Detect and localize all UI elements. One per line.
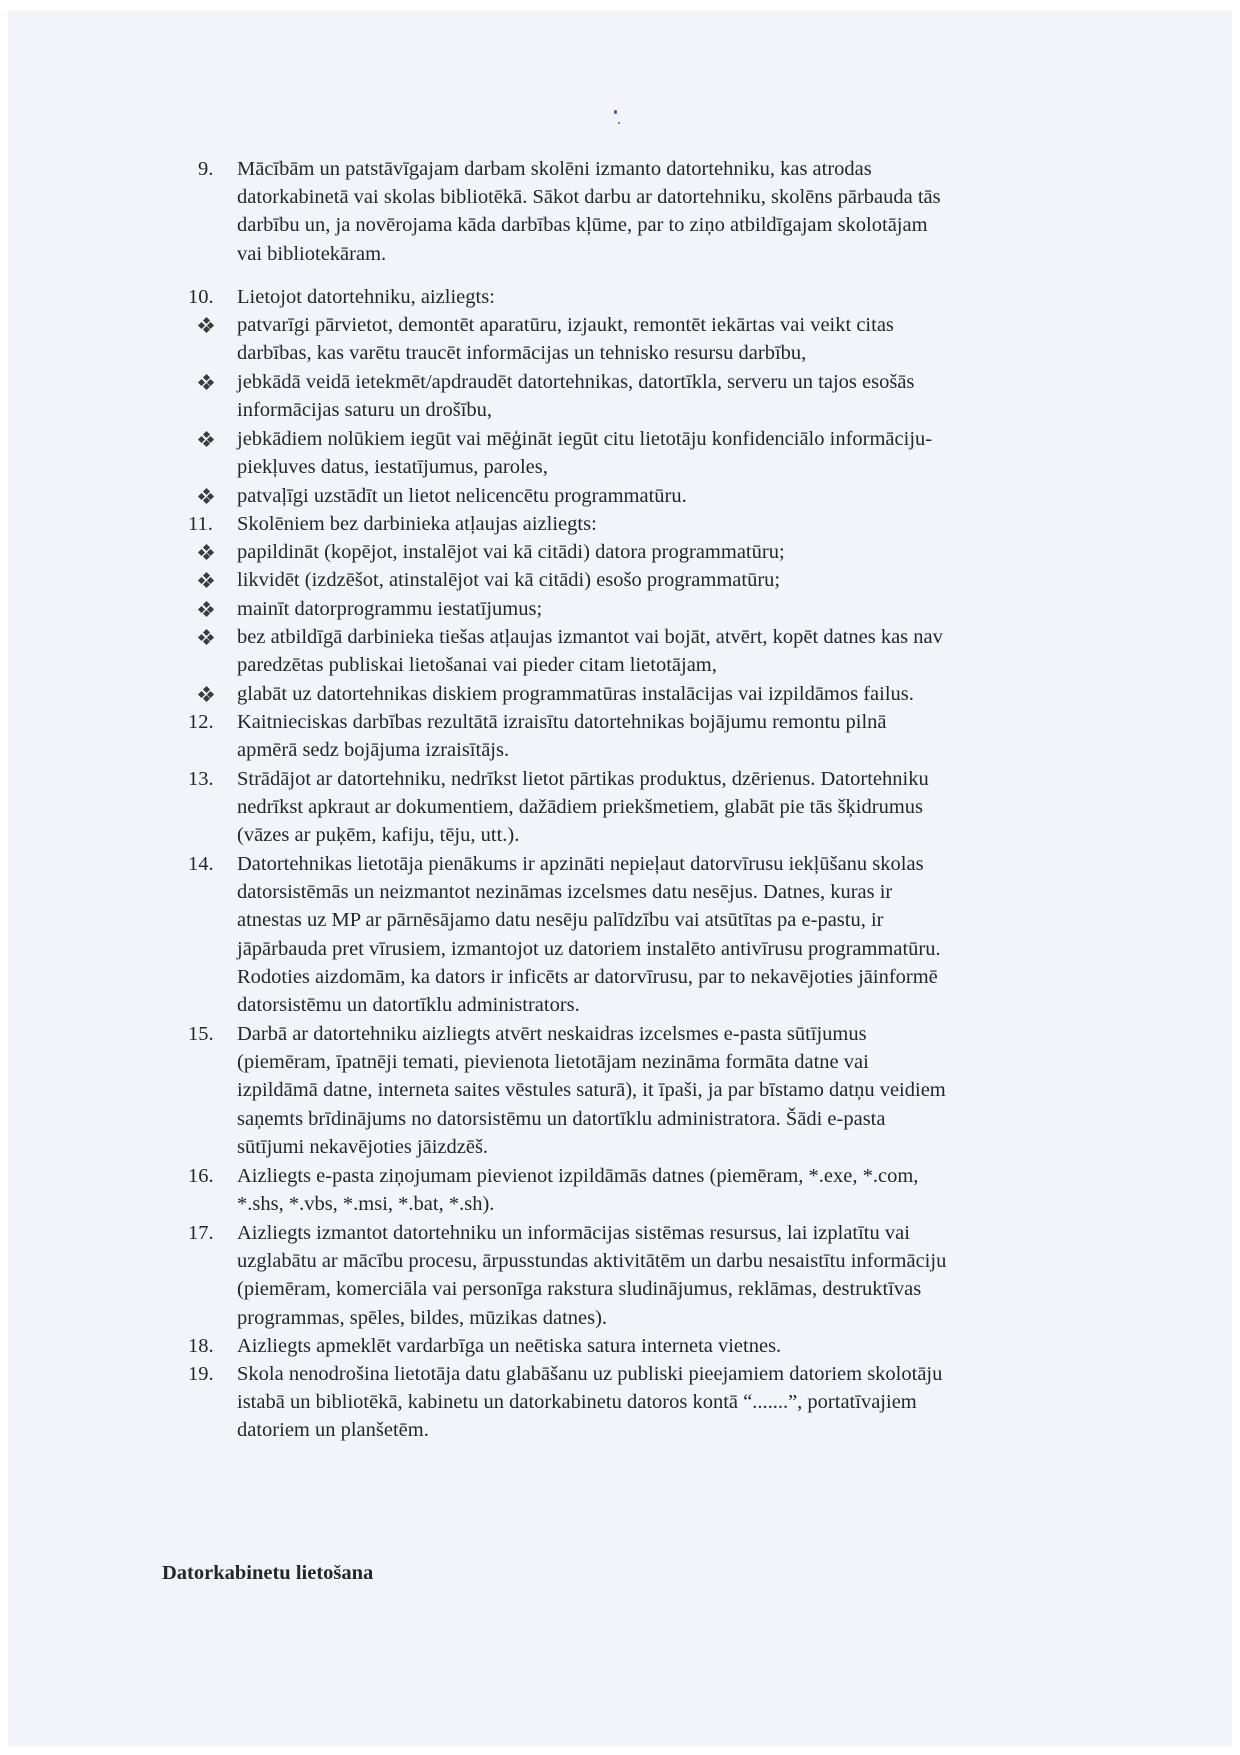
item-text-line: jāpārbauda pret vīrusiem, izmantojot uz …: [237, 935, 1097, 963]
item-text-line: programmas, spēles, bildes, mūzikas datn…: [237, 1304, 1097, 1332]
bullet-item: likvidēt (izdzēšot, atinstalējot vai kā …: [0, 566, 1097, 594]
diamond-bullet-icon: [199, 687, 213, 701]
item-text-line: *.shs, *.vbs, *.msi, *.bat, *.sh).: [237, 1190, 1097, 1218]
item-number: 9.: [198, 155, 213, 183]
item-text-line: Rodoties aizdomām, ka dators ir inficēts…: [237, 963, 1097, 991]
list-item-9: 9. Mācībām un patstāvīgajam darbam skolē…: [0, 155, 1097, 268]
diamond-bullet-icon: [199, 602, 213, 616]
scan-speck: [614, 110, 617, 114]
item-text-line: Mācībām un patstāvīgajam darbam skolēni …: [237, 155, 1097, 183]
item-text-line: Skolēniem bez darbinieka atļaujas aizlie…: [237, 510, 1097, 538]
item-text-line: apmērā sedz bojājuma izraisītājs.: [237, 736, 1097, 764]
item-text-line: (piemēram, komerciāla vai personīga raks…: [237, 1275, 1097, 1303]
item-text-line: sūtījumi nekavējoties jāizdzēš.: [237, 1133, 1097, 1161]
section-heading: Datorkabinetu lietošana: [162, 1562, 373, 1585]
list-item-12: 12. Kaitnieciskas darbības rezultātā izr…: [0, 708, 1097, 764]
item-text-line: Aizliegts e-pasta ziņojumam pievienot iz…: [237, 1162, 1097, 1190]
item-text-line: Lietojot datortehniku, aizliegts:: [237, 283, 1097, 311]
bullet-item: jebkādā veidā ietekmēt/apdraudēt datorte…: [0, 368, 1097, 424]
diamond-bullet-icon: [199, 573, 213, 587]
bullet-text-line: patvaļīgi uzstādīt un lietot nelicencētu…: [237, 482, 1097, 510]
bullet-text-line: patvarīgi pārvietot, demontēt aparatūru,…: [237, 311, 1097, 339]
item-text-line: nedrīkst apkraut ar dokumentiem, dažādie…: [237, 793, 1097, 821]
bullet-text-line: piekļuves datus, iestatījumus, paroles,: [237, 453, 1097, 481]
item-text-line: istabā un bibliotēkā, kabinetu un datork…: [237, 1388, 1097, 1416]
list-item-11: 11. Skolēniem bez darbinieka atļaujas ai…: [0, 510, 1097, 538]
item-number: 13.: [188, 765, 214, 793]
bullet-item: patvarīgi pārvietot, demontēt aparatūru,…: [0, 311, 1097, 367]
list-item-16: 16. Aizliegts e-pasta ziņojumam pievieno…: [0, 1162, 1097, 1218]
item-number: 10.: [188, 283, 214, 311]
bullet-text-line: glabāt uz datortehnikas diskiem programm…: [237, 680, 1097, 708]
scan-speck: [618, 122, 620, 124]
item-text-line: datorsistēmu un datortīklu administrator…: [237, 991, 1097, 1019]
item-text-line: Strādājot ar datortehniku, nedrīkst liet…: [237, 765, 1097, 793]
item-text-line: uzglabātu ar mācību procesu, ārpusstunda…: [237, 1247, 1097, 1275]
item-number: 16.: [188, 1162, 214, 1190]
bullet-item: patvaļīgi uzstādīt un lietot nelicencētu…: [0, 482, 1097, 510]
bullet-text-line: darbības, kas varētu traucēt informācija…: [237, 339, 1097, 367]
item-text-line: saņemts brīdinājums no datorsistēmu un d…: [237, 1105, 1097, 1133]
bullet-text-line: bez atbildīgā darbinieka tiešas atļaujas…: [237, 623, 1097, 651]
bullet-text-line: papildināt (kopējot, instalējot vai kā c…: [237, 538, 1097, 566]
bullet-text-line: paredzētas publiskai lietošanai vai pied…: [237, 651, 1097, 679]
list-item-18: 18. Aizliegts apmeklēt vardarbīga un neē…: [0, 1332, 1097, 1360]
item-text-line: Skola nenodrošina lietotāja datu glabāša…: [237, 1360, 1097, 1388]
item-text-line: vai bibliotekāram.: [237, 240, 1097, 268]
item-number: 19.: [188, 1360, 214, 1388]
list-item-14: 14. Datortehnikas lietotāja pienākums ir…: [0, 850, 1097, 1019]
item-text-line: atnestas uz MP ar pārnēsājamo datu nesēj…: [237, 906, 1097, 934]
diamond-bullet-icon: [199, 318, 213, 332]
item-number: 11.: [188, 510, 213, 538]
bullet-text-line: jebkādā veidā ietekmēt/apdraudēt datorte…: [237, 368, 1097, 396]
bullet-item: glabāt uz datortehnikas diskiem programm…: [0, 680, 1097, 708]
item-text-line: Datortehnikas lietotāja pienākums ir apz…: [237, 850, 1097, 878]
diamond-bullet-icon: [199, 375, 213, 389]
bullet-text-line: jebkādiem nolūkiem iegūt vai mēģināt ieg…: [237, 425, 1097, 453]
diamond-bullet-icon: [199, 545, 213, 559]
item-text-line: datoriem un planšetēm.: [237, 1416, 1097, 1444]
item-text-line: Darbā ar datortehniku aizliegts atvērt n…: [237, 1020, 1097, 1048]
item-text-line: Kaitnieciskas darbības rezultātā izraisī…: [237, 708, 1097, 736]
bullet-item: bez atbildīgā darbinieka tiešas atļaujas…: [0, 623, 1097, 679]
bullet-text-line: informācijas saturu un drošību,: [237, 396, 1097, 424]
list-item-10: 10. Lietojot datortehniku, aizliegts:: [0, 283, 1097, 311]
bullet-item: papildināt (kopējot, instalējot vai kā c…: [0, 538, 1097, 566]
item-number: 14.: [188, 850, 214, 878]
bullet-item: jebkādiem nolūkiem iegūt vai mēģināt ieg…: [0, 425, 1097, 481]
item-text-line: (vāzes ar puķēm, kafiju, tēju, utt.).: [237, 821, 1097, 849]
diamond-bullet-icon: [199, 432, 213, 446]
diamond-bullet-icon: [199, 630, 213, 644]
item-number: 15.: [188, 1020, 214, 1048]
list-item-13: 13. Strādājot ar datortehniku, nedrīkst …: [0, 765, 1097, 850]
diamond-bullet-icon: [199, 489, 213, 503]
bullet-text-line: mainīt datorprogrammu iestatījumus;: [237, 595, 1097, 623]
item-text-line: Aizliegts izmantot datortehniku un infor…: [237, 1219, 1097, 1247]
item-text-line: Aizliegts apmeklēt vardarbīga un neētisk…: [237, 1332, 1097, 1360]
list-item-17: 17. Aizliegts izmantot datortehniku un i…: [0, 1219, 1097, 1332]
item-text-line: darbību un, ja novērojama kāda darbības …: [237, 211, 1097, 239]
bullet-item: mainīt datorprogrammu iestatījumus;: [0, 595, 1097, 623]
item-number: 17.: [188, 1219, 214, 1247]
item-number: 18.: [188, 1332, 214, 1360]
list-item-19: 19. Skola nenodrošina lietotāja datu gla…: [0, 1360, 1097, 1445]
item-text-line: izpildāmā datne, interneta saites vēstul…: [237, 1076, 1097, 1104]
item-text-line: datorkabinetā vai skolas bibliotēkā. Sāk…: [237, 183, 1097, 211]
item-number: 12.: [188, 708, 214, 736]
item-text-line: datorsistēmās un neizmantot nezināmas iz…: [237, 878, 1097, 906]
bullet-text-line: likvidēt (izdzēšot, atinstalējot vai kā …: [237, 566, 1097, 594]
list-item-15: 15. Darbā ar datortehniku aizliegts atvē…: [0, 1020, 1097, 1161]
item-text-line: (piemēram, īpatnēji temati, pievienota l…: [237, 1048, 1097, 1076]
